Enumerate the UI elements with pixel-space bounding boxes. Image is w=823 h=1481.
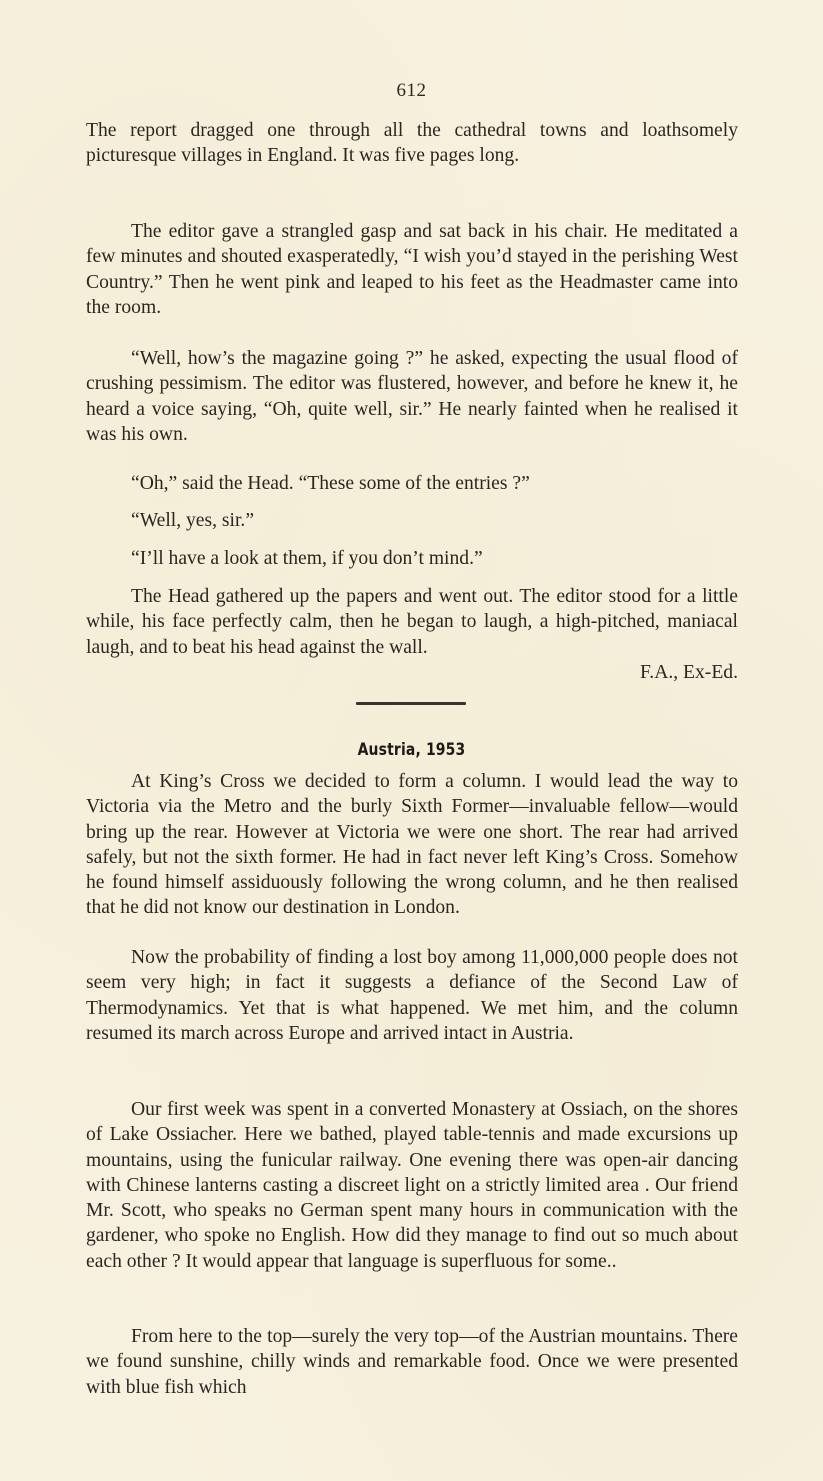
article2-paragraph: Our first week was spent in a converted …	[86, 1097, 738, 1274]
article2-paragraph-4-block: From here to the top—surely the very top…	[86, 1324, 738, 1400]
article1-dialogue-line: “I’ll have a look at them, if you don’t …	[86, 546, 738, 571]
article2-paragraph-3-block: Our first week was spent in a converted …	[86, 1097, 738, 1274]
article1-paragraph: The editor gave a strangled gasp and sat…	[86, 219, 738, 320]
article1-dialogue-line: “Oh,” said the Head. “These some of the …	[86, 471, 738, 496]
article2-paragraph-1-block: At King’s Cross we decided to form a col…	[86, 769, 738, 921]
article2-paragraph: From here to the top—surely the very top…	[86, 1324, 738, 1400]
article1-dialogue-2-block: “Well, yes, sir.”	[86, 508, 738, 533]
article1-paragraph: The Head gathered up the papers and went…	[86, 584, 738, 660]
section-divider	[356, 702, 466, 705]
article1-paragraph-final-block: The Head gathered up the papers and went…	[86, 584, 738, 685]
article1-paragraph-2-block: The editor gave a strangled gasp and sat…	[86, 219, 738, 320]
article2-paragraph: Now the probability of finding a lost bo…	[86, 945, 738, 1046]
article1-paragraph-3-block: “Well, how’s the magazine going ?” he as…	[86, 346, 738, 447]
article1-paragraph: “Well, how’s the magazine going ?” he as…	[86, 346, 738, 447]
article-title: Austria, 1953	[74, 740, 749, 760]
article1-paragraph-1-block: The report dragged one through all the c…	[86, 118, 738, 169]
article1-dialogue-line: “Well, yes, sir.”	[86, 508, 738, 533]
document-page: 612 The report dragged one through all t…	[0, 0, 823, 1481]
author-signature: F.A., Ex-Ed.	[86, 660, 738, 685]
article1-paragraph: The report dragged one through all the c…	[86, 118, 738, 169]
page-number: 612	[0, 80, 823, 102]
article2-paragraph-2-block: Now the probability of finding a lost bo…	[86, 945, 738, 1046]
article1-dialogue-3-block: “I’ll have a look at them, if you don’t …	[86, 546, 738, 571]
article2-paragraph: At King’s Cross we decided to form a col…	[86, 769, 738, 921]
article1-dialogue-1-block: “Oh,” said the Head. “These some of the …	[86, 471, 738, 496]
